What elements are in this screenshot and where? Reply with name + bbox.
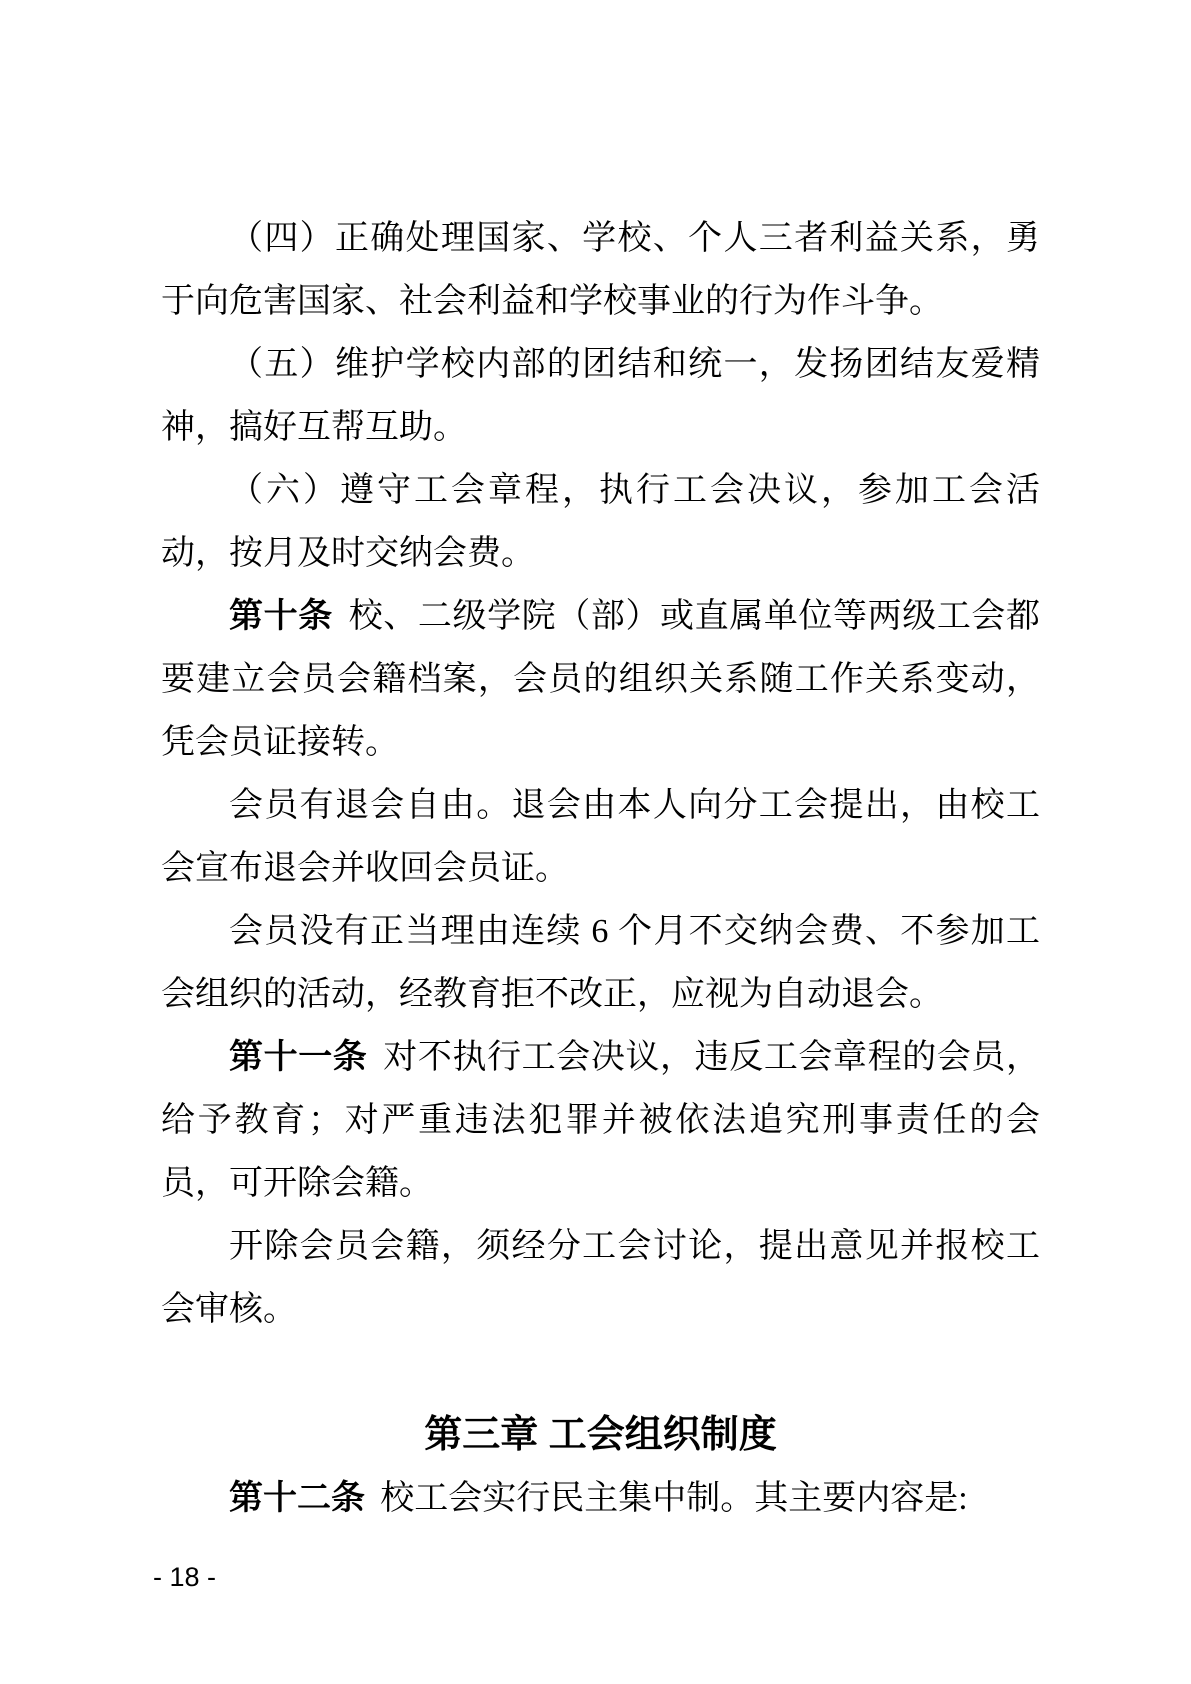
paragraph: （六）遵守工会章程，执行工会决议，参加工会活动，按月及时交纳会费。 (161, 459, 1040, 585)
paragraph: 第十一条 对不执行工会决议，违反工会章程的会员，给予教育；对严重违法犯罪并被依法… (161, 1026, 1040, 1215)
paragraph-text: 开除会员会籍，须经分工会讨论，提出意见并报校工会审核。 (161, 1228, 1040, 1328)
article-bold-label: 第十条 (229, 597, 333, 635)
article-bold-label: 第十二条 (229, 1479, 365, 1517)
paragraph: （五）维护学校内部的团结和统一，发扬团结友爱精神，搞好互帮互助。 (161, 333, 1040, 459)
paragraph-text: （五）维护学校内部的团结和统一，发扬团结友爱精神，搞好互帮互助。 (161, 346, 1040, 446)
document-page: （四）正确处理国家、学校、个人三者利益关系，勇于向危害国家、社会利益和学校事业的… (0, 0, 1191, 1684)
paragraph: 开除会员会籍，须经分工会讨论，提出意见并报校工会审核。 (161, 1215, 1040, 1341)
paragraph-text: （六）遵守工会章程，执行工会决议，参加工会活动，按月及时交纳会费。 (161, 472, 1040, 572)
paragraph: 第十条 校、二级学院（部）或直属单位等两级工会都要建立会员会籍档案，会员的组织关… (161, 585, 1040, 774)
article-bold-label: 第十一条 (229, 1038, 367, 1076)
chapter-heading: 第三章 工会组织制度 (161, 1404, 1040, 1467)
paragraph: 会员没有正当理由连续 6 个月不交纳会费、不参加工会组织的活动，经教育拒不改正，… (161, 900, 1040, 1026)
page-number: - 18 - (153, 1560, 216, 1594)
paragraph: 会员有退会自由。退会由本人向分工会提出，由校工会宣布退会并收回会员证。 (161, 774, 1040, 900)
paragraph-text: 会员没有正当理由连续 6 个月不交纳会费、不参加工会组织的活动，经教育拒不改正，… (161, 913, 1040, 1013)
paragraph: （四）正确处理国家、学校、个人三者利益关系，勇于向危害国家、社会利益和学校事业的… (161, 207, 1040, 333)
body-text: （四）正确处理国家、学校、个人三者利益关系，勇于向危害国家、社会利益和学校事业的… (161, 207, 1040, 1530)
paragraph: 第十二条 校工会实行民主集中制。其主要内容是: (161, 1467, 1040, 1530)
paragraph-text: 会员有退会自由。退会由本人向分工会提出，由校工会宣布退会并收回会员证。 (161, 787, 1040, 887)
paragraph-text: （四）正确处理国家、学校、个人三者利益关系，勇于向危害国家、社会利益和学校事业的… (161, 220, 1040, 320)
paragraph-text: 校工会实行民主集中制。其主要内容是: (372, 1480, 968, 1517)
